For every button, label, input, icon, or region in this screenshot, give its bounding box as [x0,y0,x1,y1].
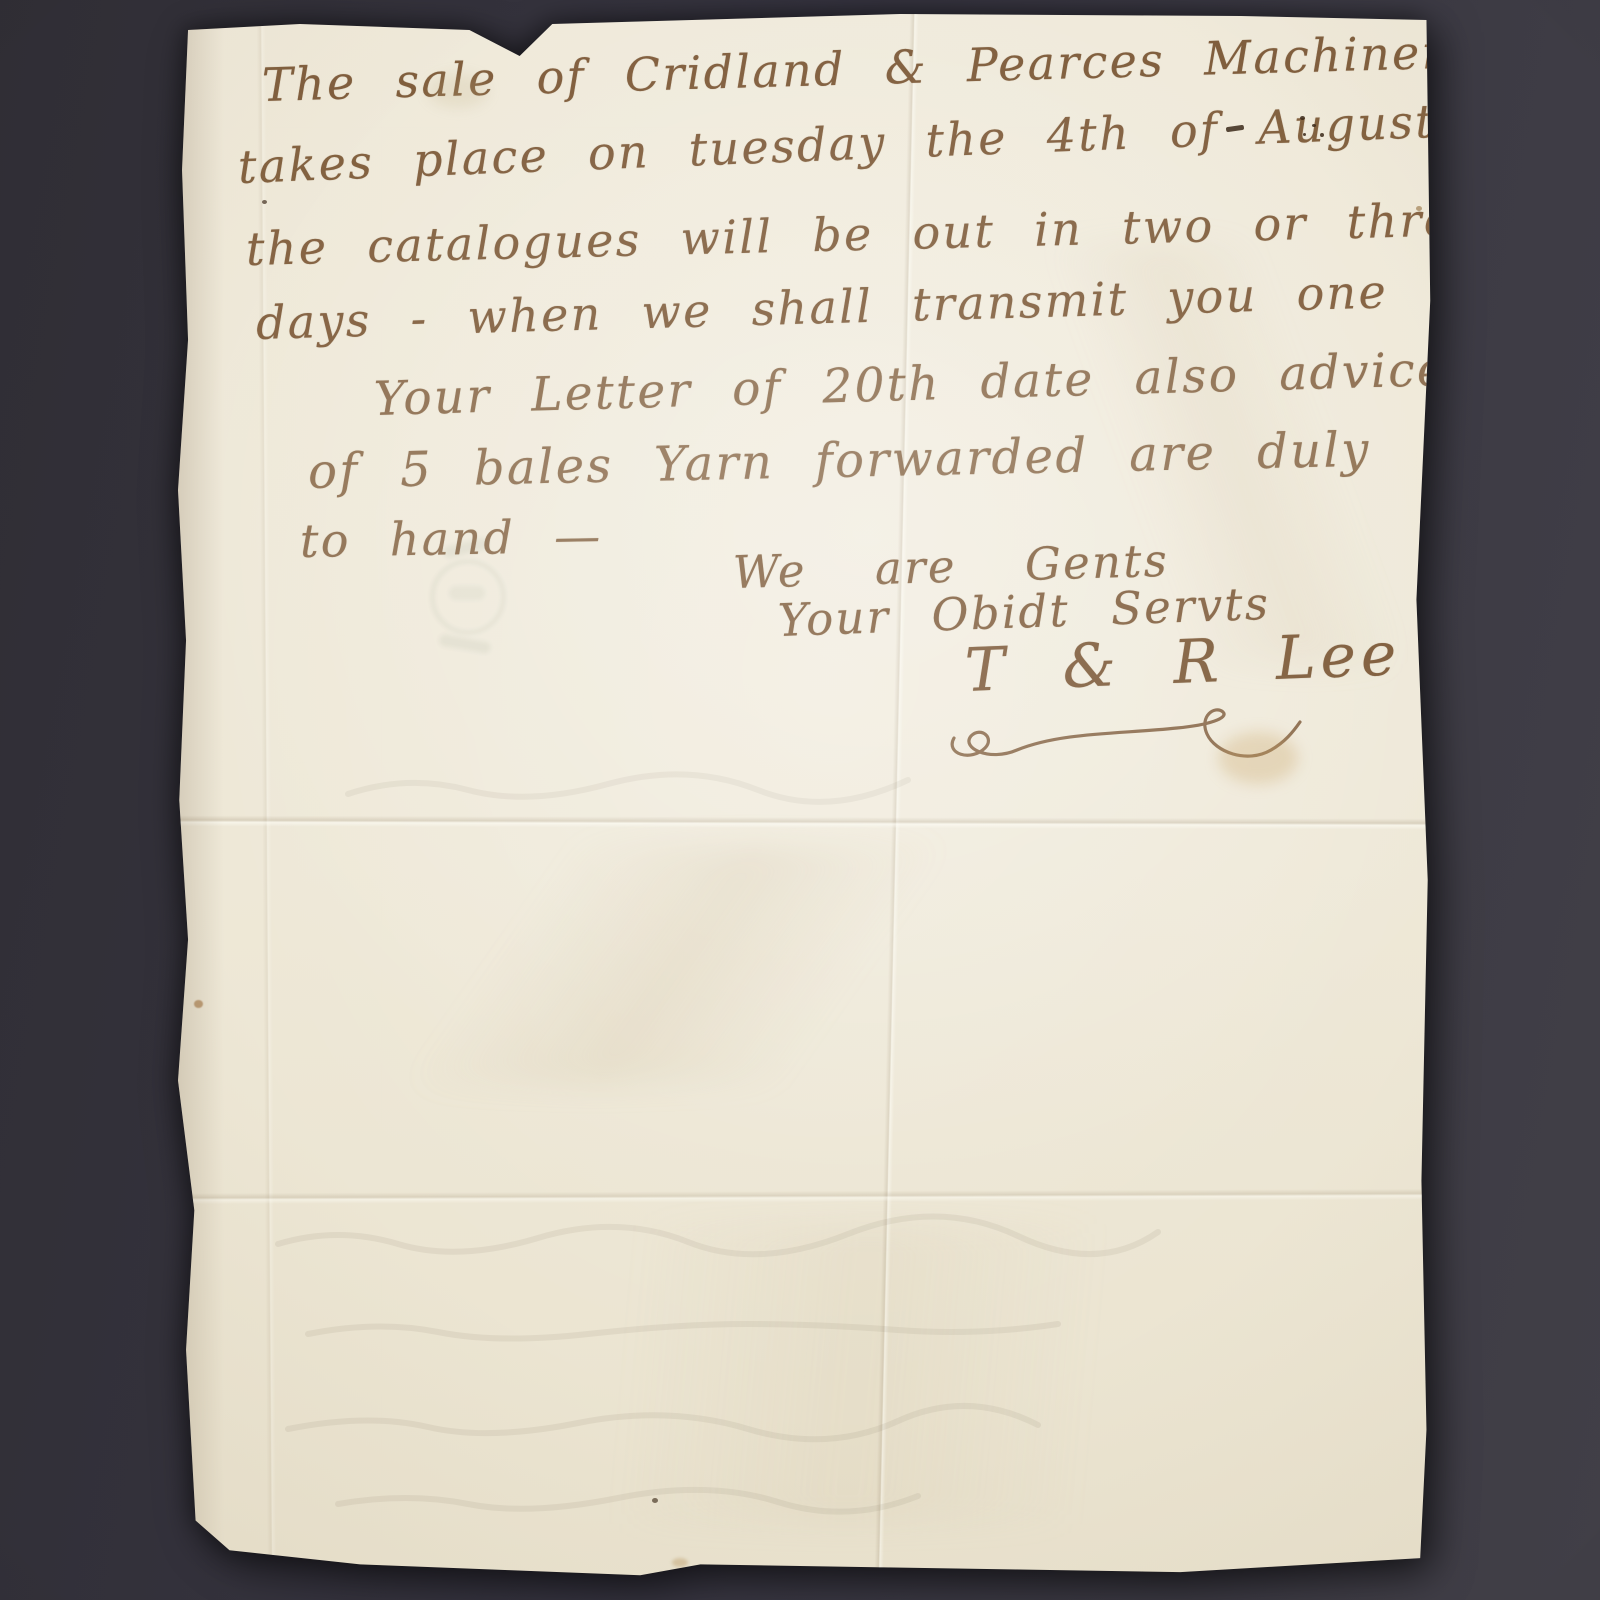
foxing-spot [672,1558,688,1567]
letter-line: days - when we shall transmit you one [255,264,1388,350]
letter-line: takes place on tuesday the 4th of August [237,94,1437,194]
postmark-smudge [442,537,490,560]
postmark-showthrough [425,542,511,662]
ink-speck [1300,116,1305,120]
postmark-ring [431,560,505,634]
letter-paper: The sale of Cridland & Pearces Machinery… [178,14,1434,1580]
letter-closing: We are Gents [732,534,1169,599]
letter-closing: Your Obidt Servts [777,577,1271,647]
ink-speck [1312,124,1316,127]
foxing-spot [1416,206,1422,211]
crumple-shading [408,1224,1308,1524]
letter-line: to hand — [300,509,603,568]
postmark-smudge [438,634,491,655]
torn-edge-shading [178,14,224,1580]
crumple-shading [298,844,1058,1084]
signature-flourish [940,702,1310,780]
letter-line: The sale of Cridland & Pearces Machinery [261,24,1475,112]
ink-speck [1303,133,1306,136]
letter-photo: The sale of Cridland & Pearces Machinery… [0,0,1600,1600]
letter-line: of 5 bales Yarn forwarded are duly [307,422,1371,500]
postmark-smudge [449,586,485,600]
letter-line: the catalogues will be out in two or thr… [245,192,1483,276]
writing-showthrough [328,754,1028,824]
paper-shadow-wrap: The sale of Cridland & Pearces Machinery… [0,0,1600,1600]
paper-vignette [178,14,1434,1580]
foxing-stain [428,74,488,108]
ink-smudge [1226,125,1245,132]
writing-showthrough [248,1204,1328,1524]
ink-speck [652,1498,658,1503]
horizontal-fold-crease [168,815,1444,829]
ink-speck [1320,133,1324,137]
horizontal-fold-crease [168,1189,1444,1204]
vertical-fold-crease-faint [256,4,276,1590]
ink-speck [262,200,267,204]
signature-text: T & R Lee [964,619,1403,706]
vertical-fold-crease [874,4,919,1590]
crumple-shading [1058,244,1388,664]
